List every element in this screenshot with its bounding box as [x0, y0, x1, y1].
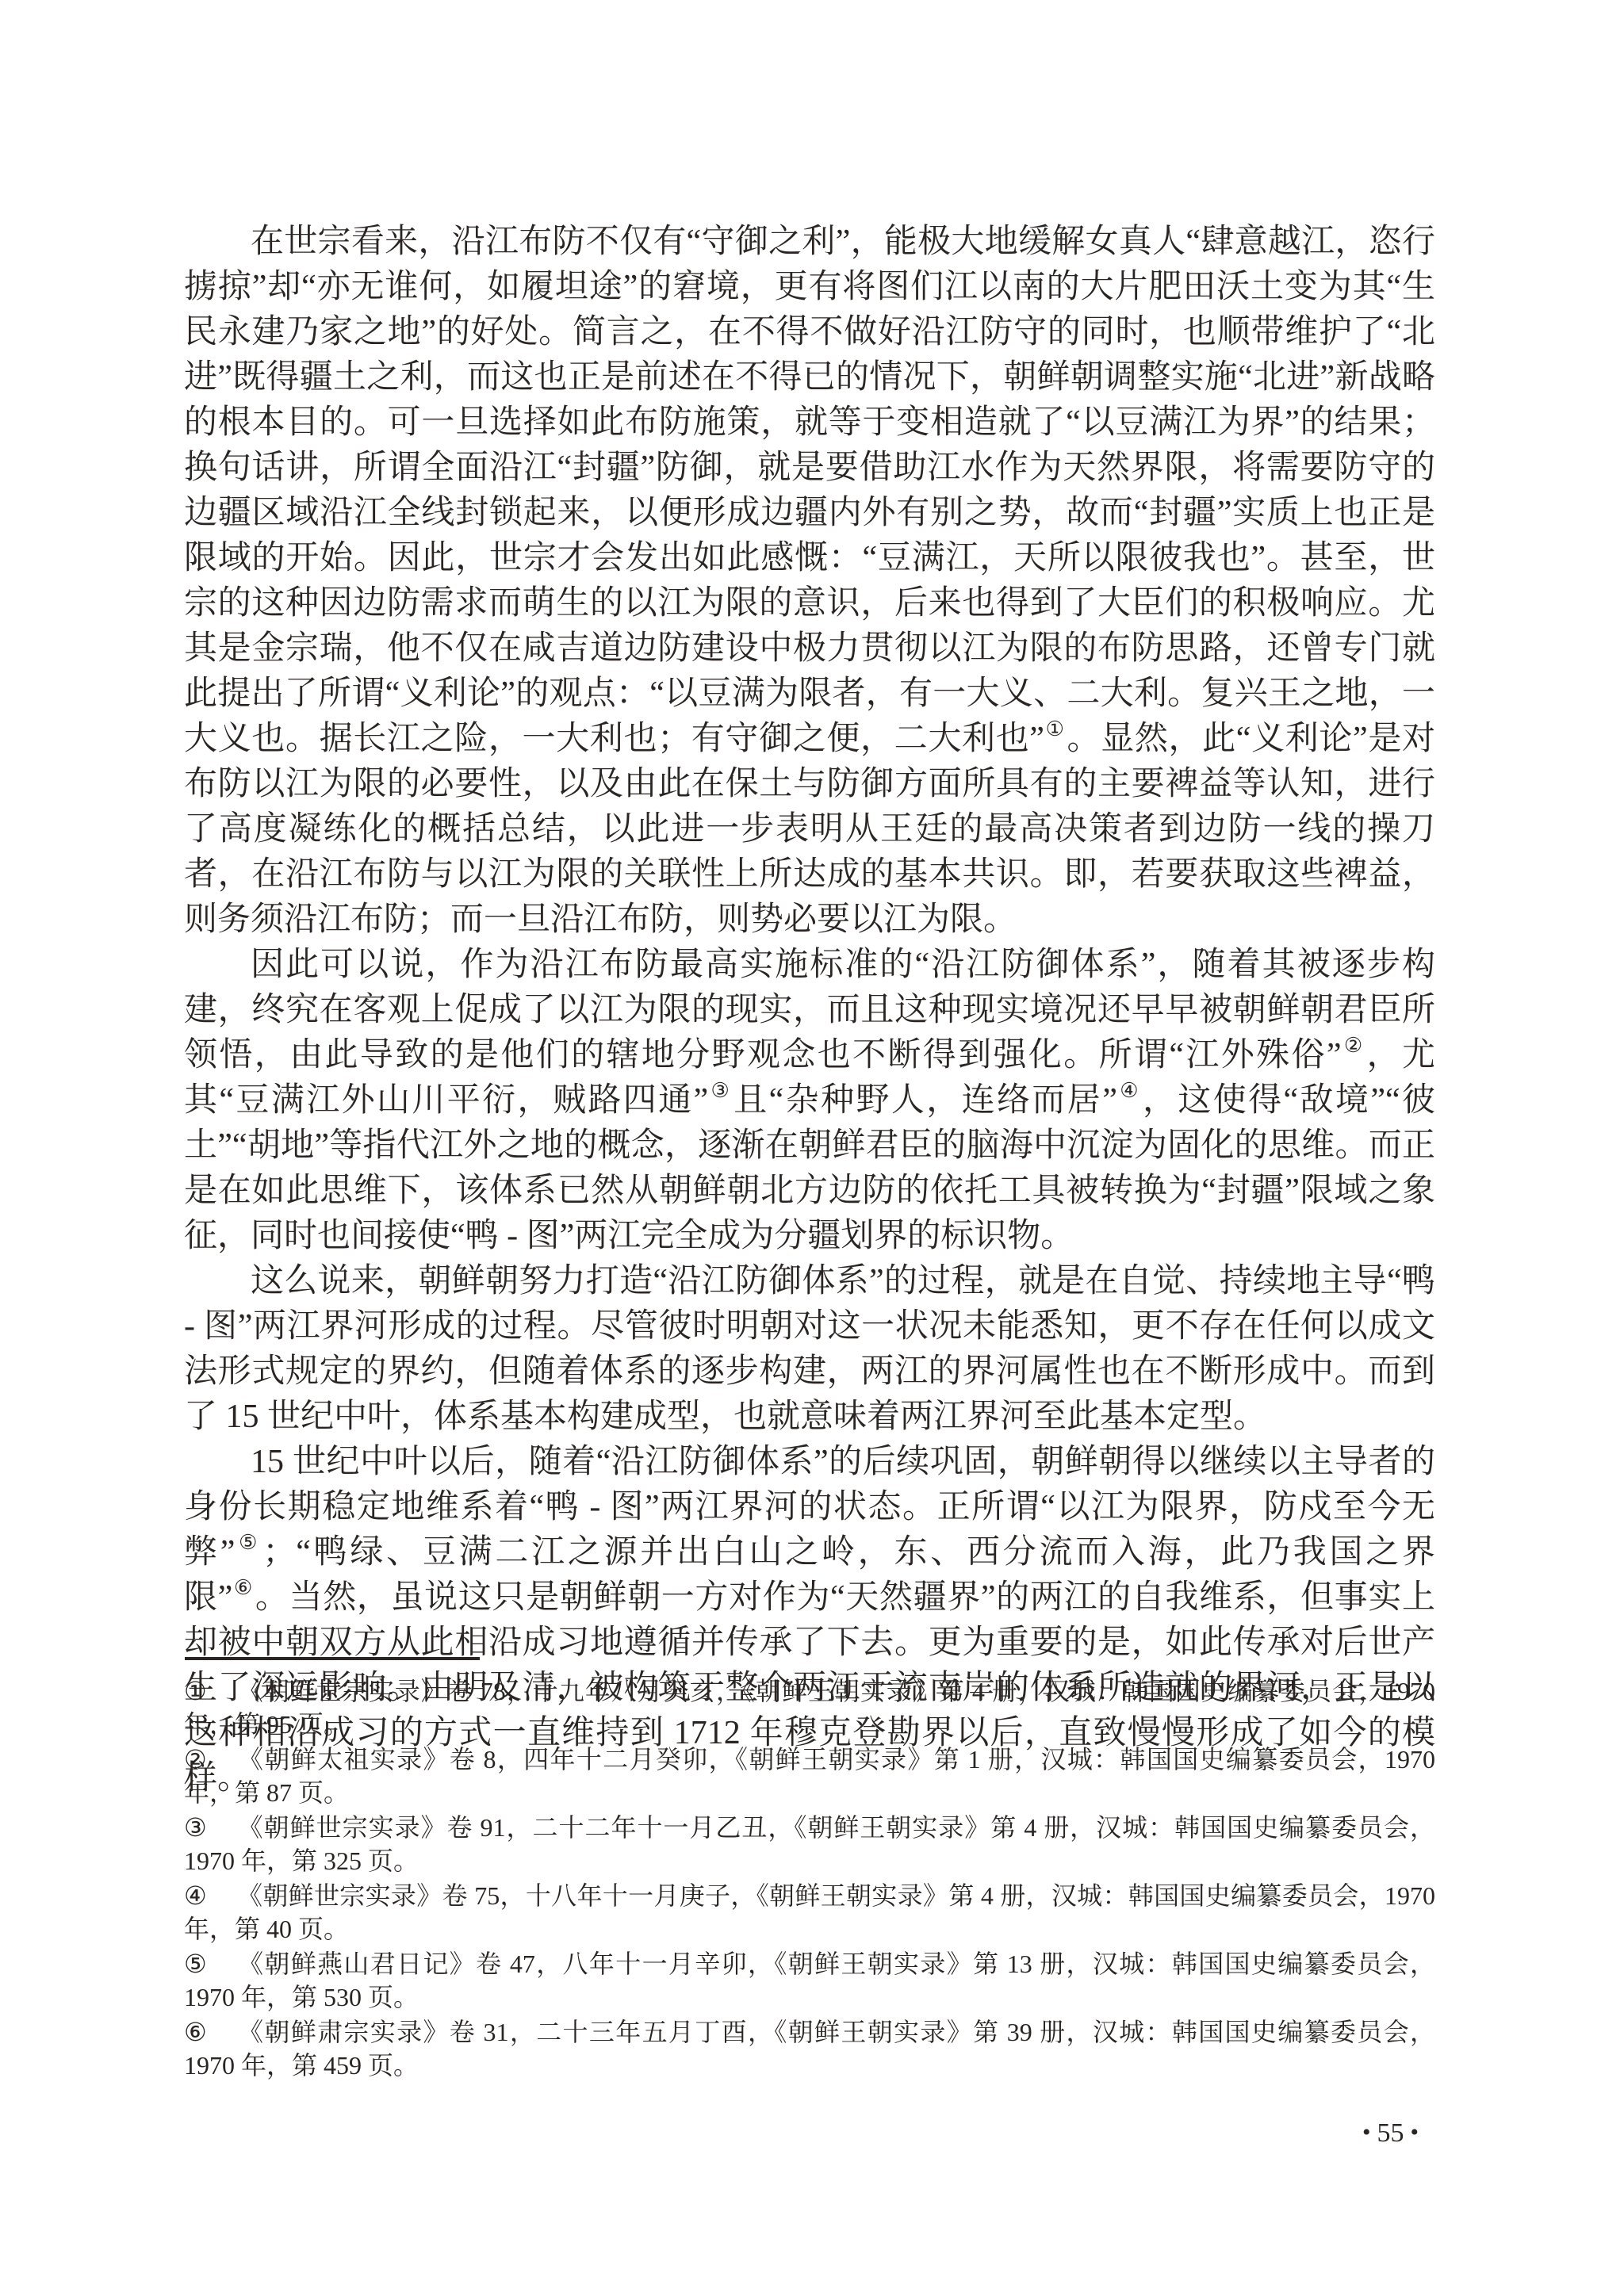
footnote-ref: ⑥	[233, 1576, 253, 1599]
footnote-text: 《朝鲜世宗实录》卷 78，十九年八月癸亥，《朝鲜王朝实录》第 4 册，汉城：韩国…	[184, 1677, 1435, 1739]
page-number: •55•	[1362, 2118, 1419, 2149]
footnote-marker: ①	[184, 1674, 207, 1708]
footnote-ref: ①	[1045, 717, 1065, 740]
footnote-entry: ②《朝鲜太祖实录》卷 8，四年十二月癸卯，《朝鲜王朝实录》第 1 册，汉城：韩国…	[184, 1743, 1435, 1809]
body-paragraph: 因此可以说，作为沿江布防最高实施标准的“沿江防御体系”，随着其被逐步构建，终究在…	[184, 943, 1435, 1259]
footnote-marker: ③	[184, 1811, 207, 1844]
body-paragraph: 这么说来，朝鲜朝努力打造“沿江防御体系”的过程，就是在自觉、持续地主导“鸭 - …	[184, 1259, 1435, 1440]
footnote-entry: ③《朝鲜世宗实录》卷 91，二十二年十一月乙丑，《朝鲜王朝实录》第 4 册，汉城…	[184, 1811, 1435, 1877]
footnote-separator	[185, 1657, 480, 1660]
footnote-text: 《朝鲜燕山君日记》卷 47，八年十一月辛卯，《朝鲜王朝实录》第 13 册，汉城：…	[184, 1950, 1435, 2011]
footnote-entry: ⑤《朝鲜燕山君日记》卷 47，八年十一月辛卯，《朝鲜王朝实录》第 13 册，汉城…	[184, 1947, 1435, 2014]
footnote-marker: ④	[184, 1879, 207, 1912]
footnote-entry: ④《朝鲜世宗实录》卷 75，十八年十一月庚子，《朝鲜王朝实录》第 4 册，汉城：…	[184, 1879, 1435, 1946]
footnote-text: 《朝鲜肃宗实录》卷 31，二十三年五月丁酉，《朝鲜王朝实录》第 39 册，汉城：…	[184, 2018, 1435, 2080]
document-page: 在世宗看来，沿江布防不仅有“守御之利”，能极大地缓解女真人“肆意越江，恣行掳掠”…	[0, 0, 1624, 2296]
footnote-text: 《朝鲜太祖实录》卷 8，四年十二月癸卯，《朝鲜王朝实录》第 1 册，汉城：韩国国…	[184, 1745, 1435, 1807]
footnote-entry: ⑥《朝鲜肃宗实录》卷 31，二十三年五月丁酉，《朝鲜王朝实录》第 39 册，汉城…	[184, 2015, 1435, 2082]
footnote-text: 《朝鲜世宗实录》卷 91，二十二年十一月乙丑，《朝鲜王朝实录》第 4 册，汉城：…	[184, 1813, 1435, 1875]
footnote-ref: ⑤	[236, 1531, 260, 1554]
footnote-text: 《朝鲜世宗实录》卷 75，十八年十一月庚子，《朝鲜王朝实录》第 4 册，汉城：韩…	[184, 1881, 1435, 1943]
footnotes-section: ①《朝鲜世宗实录》卷 78，十九年八月癸亥，《朝鲜王朝实录》第 4 册，汉城：韩…	[184, 1674, 1435, 2084]
footnote-entry: ①《朝鲜世宗实录》卷 78，十九年八月癸亥，《朝鲜王朝实录》第 4 册，汉城：韩…	[184, 1674, 1435, 1741]
footnote-ref: ④	[1118, 1079, 1140, 1102]
footnote-marker: ⑥	[184, 2015, 207, 2049]
page-number-value: 55	[1377, 2118, 1404, 2148]
article-body: 在世宗看来，沿江布防不仅有“守御之利”，能极大地缓解女真人“肆意越江，恣行掳掠”…	[184, 220, 1435, 1801]
footnote-marker: ⑤	[184, 1947, 207, 1980]
page-number-bullet-left: •	[1362, 2119, 1371, 2145]
page-number-bullet-right: •	[1411, 2119, 1419, 2145]
body-paragraph: 在世宗看来，沿江布防不仅有“守御之利”，能极大地缓解女真人“肆意越江，恣行掳掠”…	[184, 220, 1435, 943]
footnote-ref: ②	[1342, 1034, 1365, 1057]
footnote-ref: ③	[709, 1079, 731, 1102]
footnote-marker: ②	[184, 1743, 207, 1776]
